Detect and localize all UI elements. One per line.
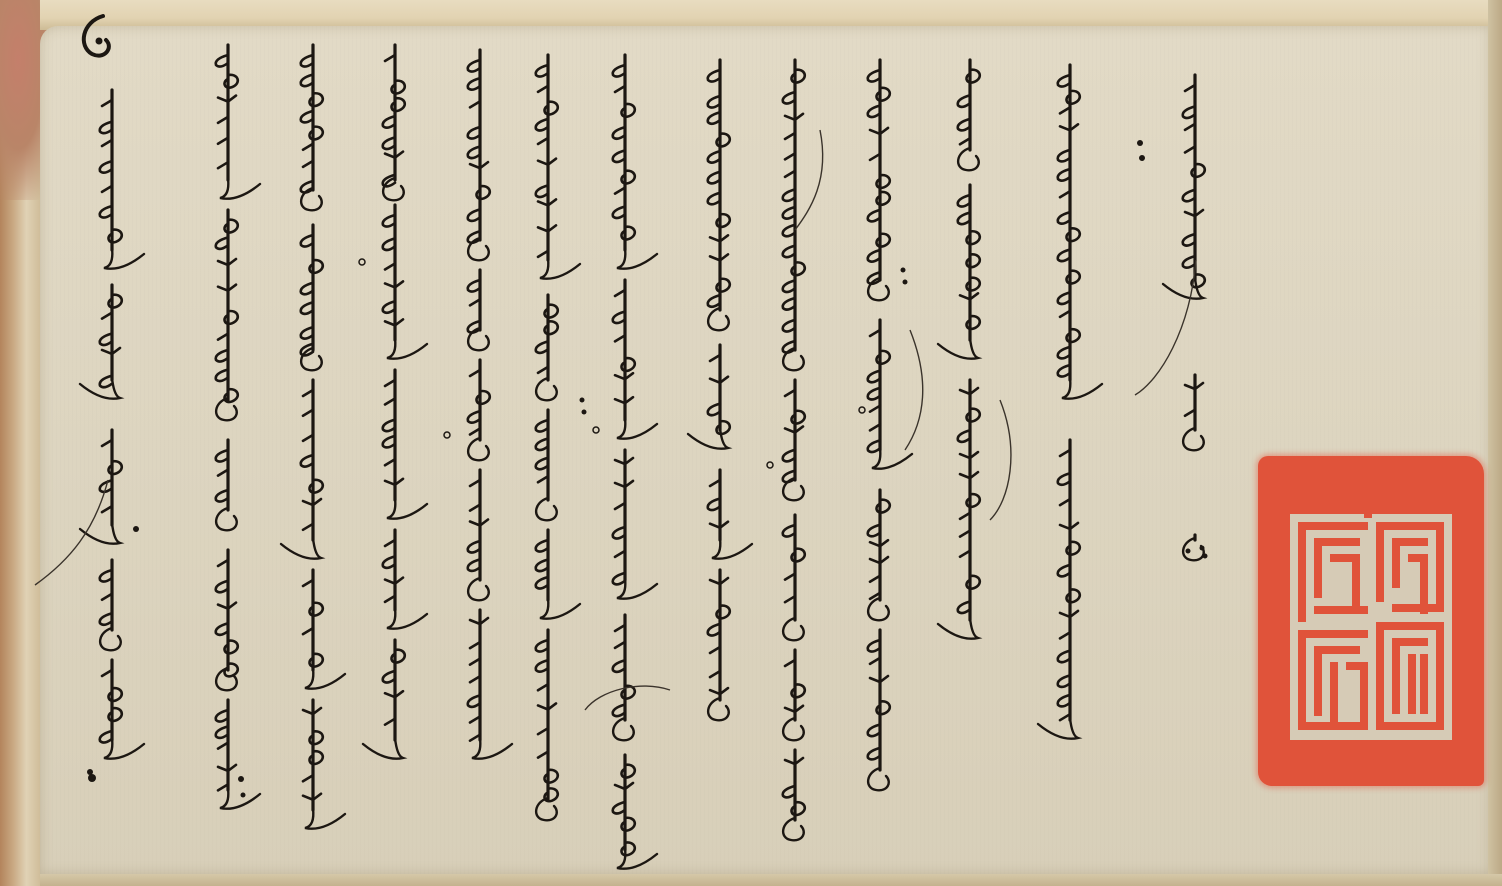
manuscript-photo [0,0,1502,886]
punctuation-marks [0,0,1502,886]
